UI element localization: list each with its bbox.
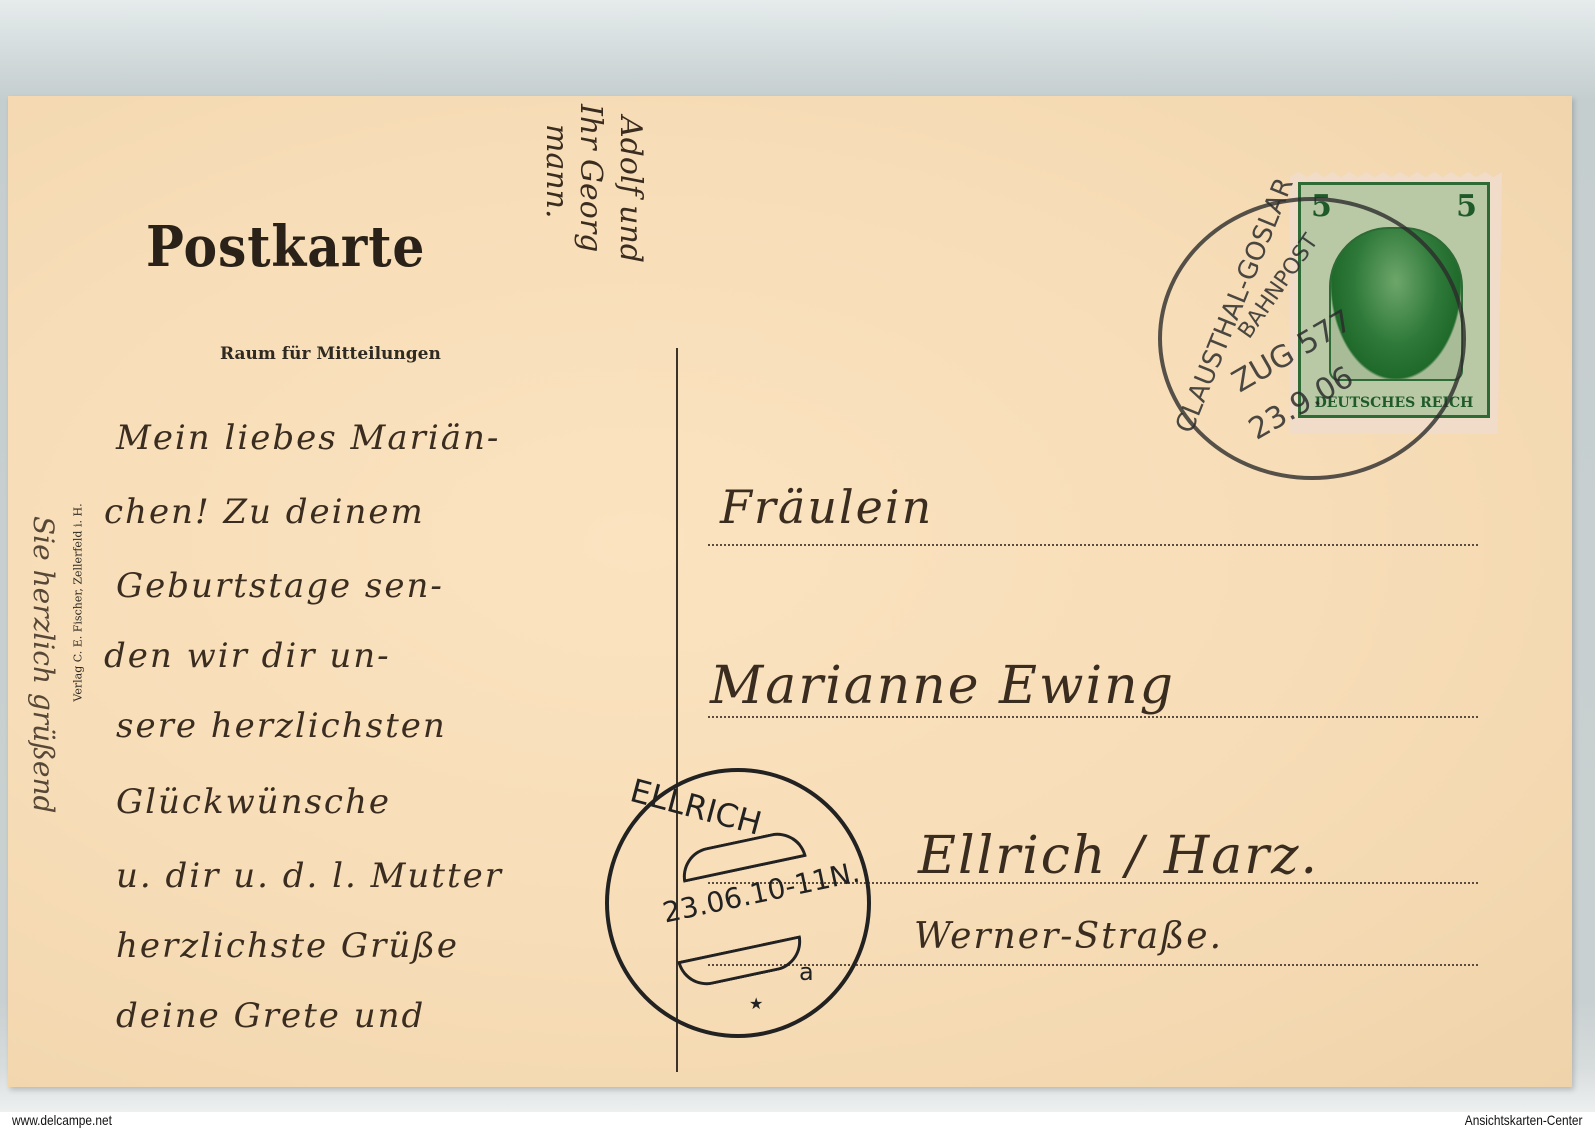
- message-line: Glückwünsche: [116, 782, 391, 822]
- message-line: den wir dir un-: [104, 636, 391, 676]
- postcard-title: Postkarte: [146, 214, 425, 280]
- message-line: Mein liebes Mariän-: [116, 418, 500, 458]
- margin-note-line-2: Ihr Georg: [573, 104, 608, 252]
- postmark-band-bottom: [677, 935, 806, 991]
- postcard: Postkarte Raum für Mitteilungen Verlag C…: [8, 96, 1572, 1087]
- footer-seller-name: Ansichtskarten-Center: [1465, 1112, 1583, 1131]
- message-line: sere herzlichsten: [116, 706, 447, 746]
- address-salutation: Fräulein: [720, 480, 933, 534]
- stamp-value-right: 5: [1456, 189, 1477, 224]
- address-line-2: [708, 716, 1478, 718]
- message-line: u. dir u. d. l. Mutter: [116, 856, 503, 896]
- postmark-arrival: ELLRICH 23.06.10-11N. a ★: [605, 768, 871, 1038]
- postmark-arrival-suffix: a: [799, 958, 814, 986]
- address-street: Werner-Straße.: [914, 916, 1223, 957]
- margin-note-line-3: mann.: [539, 124, 574, 219]
- message-line: Geburtstage sen-: [116, 566, 444, 606]
- address-city: Ellrich / Harz.: [918, 826, 1319, 886]
- address-line-1: [708, 544, 1478, 546]
- publisher-imprint: Verlag C. E. Fischer, Zellerfeld i. H.: [72, 453, 85, 753]
- star-icon: ★: [749, 994, 763, 1013]
- message-line: chen! Zu deinem: [104, 492, 425, 532]
- margin-note-line-1: Adolf und: [613, 116, 648, 263]
- message-line: deine Grete und: [116, 996, 425, 1036]
- address-name: Marianne Ewing: [710, 656, 1175, 716]
- postmark-arrival-town: ELLRICH: [626, 771, 765, 842]
- message-area-label: Raum für Mitteilungen: [220, 344, 441, 364]
- left-margin-note: Sie herzlich grüßend: [27, 516, 60, 813]
- footer-source-link[interactable]: www.delcampe.net: [12, 1112, 112, 1131]
- message-line: herzlichste Grüße: [116, 926, 459, 966]
